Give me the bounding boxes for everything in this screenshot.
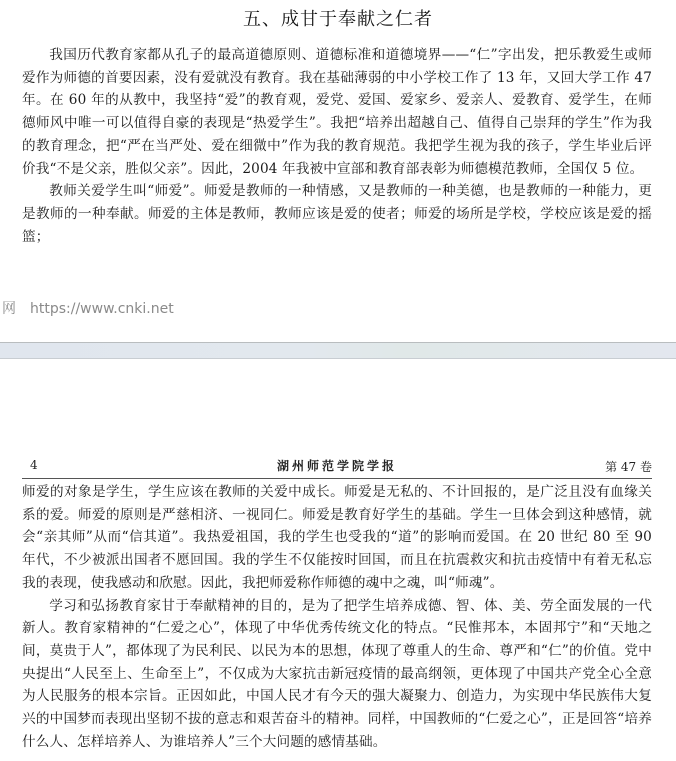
document-page-upper: 五、成甘于奉献之仁者 我国历代教育家都从孔子的最高道德原则、道德标准和道德境界—… [0,0,676,342]
upper-body-text: 我国历代教育家都从孔子的最高道德原则、道德标准和道德境界——“仁”字出发，把乐教… [22,44,652,248]
watermark-char: 网 [2,301,16,317]
paragraph: 师爱的对象是学生，学生应该在教师的关爱中成长。师爱是无私的、不计回报的，是广泛且… [22,481,652,595]
cnki-watermark: 网https://www.cnki.net [2,298,174,318]
watermark-url: https://www.cnki.net [30,301,174,317]
paragraph: 教师关爱学生叫“师爱”。师爱是教师的一种情感，又是教师的一种美德，也是教师的一种… [22,180,652,248]
journal-name: 湖州师范学院学报 [22,457,652,474]
volume-label: 第 47 卷 [605,458,652,475]
paragraph: 学习和弘扬教育家甘于奉献精神的目的，是为了把学生培养成德、智、体、美、劳全面发展… [22,595,652,754]
page-separator [0,342,676,359]
paragraph: 我国历代教育家都从孔子的最高道德原则、道德标准和道德境界——“仁”字出发，把乐教… [22,44,652,180]
lower-body-text: 师爱的对象是学生，学生应该在教师的关爱中成长。师爱是无私的、不计回报的，是广泛且… [22,481,652,753]
running-header: 4 湖州师范学院学报 第 47 卷 [22,456,652,479]
section-title: 五、成甘于奉献之仁者 [0,5,676,31]
